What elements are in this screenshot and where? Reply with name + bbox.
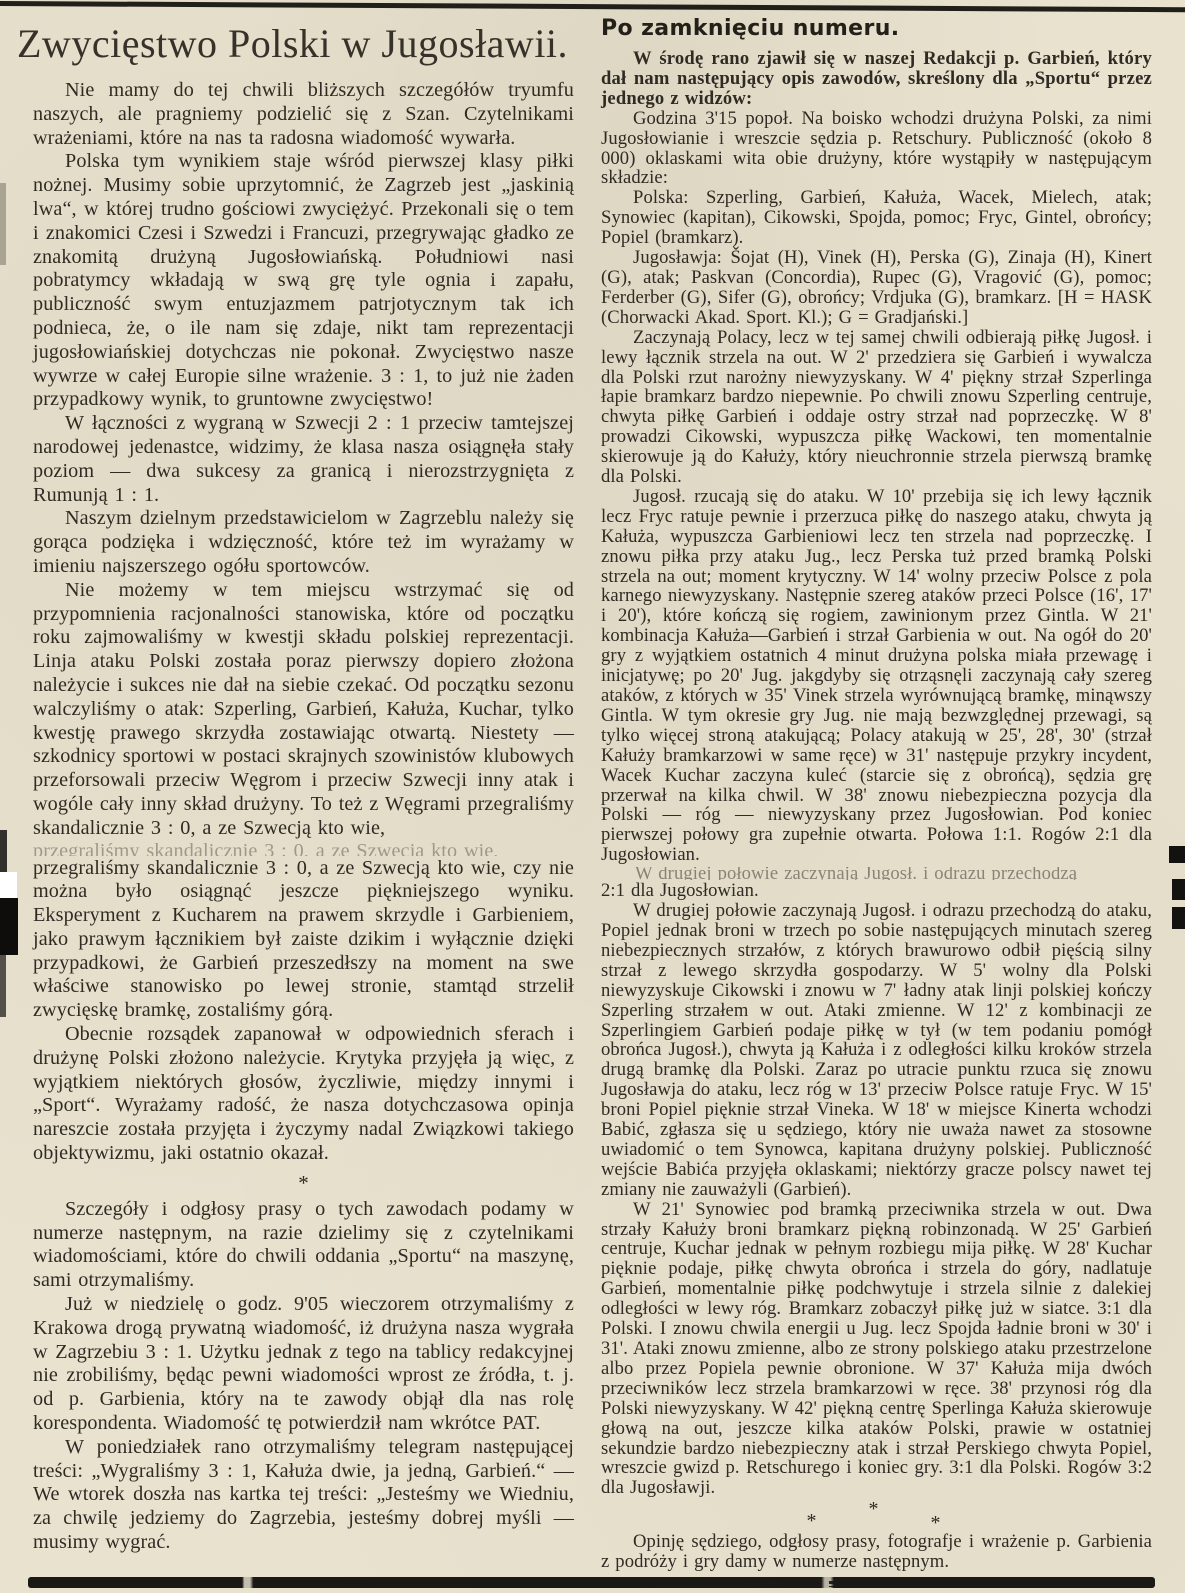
article-paragraph-4: Naszym dzielnym przedstawicielom w Zagrz… bbox=[33, 507, 574, 578]
article-paragraph-7: Szczegóły i odgłosy prasy o tych zawodac… bbox=[33, 1198, 574, 1293]
article-paragraph-3: W łączności z wygraną w Szwecji 2 : 1 pr… bbox=[33, 412, 574, 507]
bottom-border-rule bbox=[28, 1577, 1155, 1588]
late-news-paragraph-7: W 21' Synowiec pod bramką przeciwnika st… bbox=[601, 1200, 1152, 1499]
article-paragraph-1: Nie mamy do tej chwili bliższych szczegó… bbox=[33, 79, 574, 150]
scan-artifact-left-strip-bottom bbox=[0, 955, 6, 1017]
misprint-ghost-line-left: przegraliśmy skandalicznie 3 : 0, a ze S… bbox=[33, 843, 574, 856]
article-paragraph-5-continued: przegraliśmy skandalicznie 3 : 0, a ze S… bbox=[33, 857, 574, 1024]
scan-artifact-right-block-2 bbox=[1172, 879, 1185, 900]
article-title: Zwycięstwo Polski w Jugosławii. bbox=[17, 20, 574, 67]
asterisk-top: * bbox=[869, 1498, 879, 1521]
scan-artifact-right-block-1 bbox=[1169, 846, 1185, 863]
asterisk-left: * bbox=[807, 1510, 817, 1533]
article-paragraph-5: Nie możemy w tem miejscu wstrzymać się o… bbox=[33, 579, 574, 841]
late-news-paragraph-1: Godzina 3'15 popoł. Na boisko wchodzi dr… bbox=[601, 109, 1152, 189]
scan-artifact-right-block-3 bbox=[1172, 907, 1185, 929]
late-news-header: Po zamknięciu numeru. bbox=[601, 16, 1152, 41]
asterisk-right: * bbox=[931, 1512, 941, 1535]
asterisk-triangle-separator: * * * bbox=[807, 1502, 947, 1530]
scan-artifact-left-white-notch bbox=[0, 872, 17, 898]
late-news-paragraph-4: Zaczynają Polacy, lecz w tej samej chwil… bbox=[601, 328, 1152, 487]
section-separator-asterisk: * bbox=[33, 1172, 574, 1194]
late-news-paragraph-6: W drugiej połowie zaczynają Jugosł. i od… bbox=[601, 901, 1152, 1200]
article-paragraph-8: Już w niedzielę o godz. 9'05 wieczorem o… bbox=[33, 1293, 574, 1436]
article-paragraph-6: Obecnie rozsądek zapanował w odpowiednic… bbox=[33, 1023, 574, 1166]
late-news-lead: W środę rano zjawił się w naszej Redakcj… bbox=[601, 49, 1152, 109]
article-column: Zwycięstwo Polski w Jugosławii. Nie mamy… bbox=[33, 14, 574, 1555]
scan-artifact-left-smudge bbox=[0, 183, 6, 265]
newspaper-page: Zwycięstwo Polski w Jugosławii. Nie mamy… bbox=[0, 0, 1185, 1593]
misprint-ghost-line-right: W drugiej połowie zaczynają Jugosł. i od… bbox=[601, 867, 1152, 880]
top-border-rule bbox=[0, 1, 1185, 12]
scan-artifact-left-black-block bbox=[0, 898, 18, 955]
misprint-duplicated-line: 2:1 dla Jugosłowian. bbox=[601, 881, 1152, 901]
late-news-column: Po zamknięciu numeru. W środę rano zjawi… bbox=[601, 16, 1152, 1587]
article-paragraph-2: Polska tym wynikiem staje wśród pierwsze… bbox=[33, 150, 574, 412]
late-news-lineup-yugoslavia: Jugosławja: Šojat (H), Vinek (H), Perska… bbox=[601, 248, 1152, 328]
late-news-lineup-poland: Polska: Szperling, Garbień, Kałuża, Wace… bbox=[601, 188, 1152, 248]
late-news-paragraph-5: Jugosł. rzucają się do ataku. W 10' prze… bbox=[601, 487, 1152, 865]
article-paragraph-9: W poniedziałek rano otrzymaliśmy telegra… bbox=[33, 1436, 574, 1555]
late-news-footer: Opinję sędziego, odgłosy prasy, fotograf… bbox=[601, 1532, 1152, 1572]
